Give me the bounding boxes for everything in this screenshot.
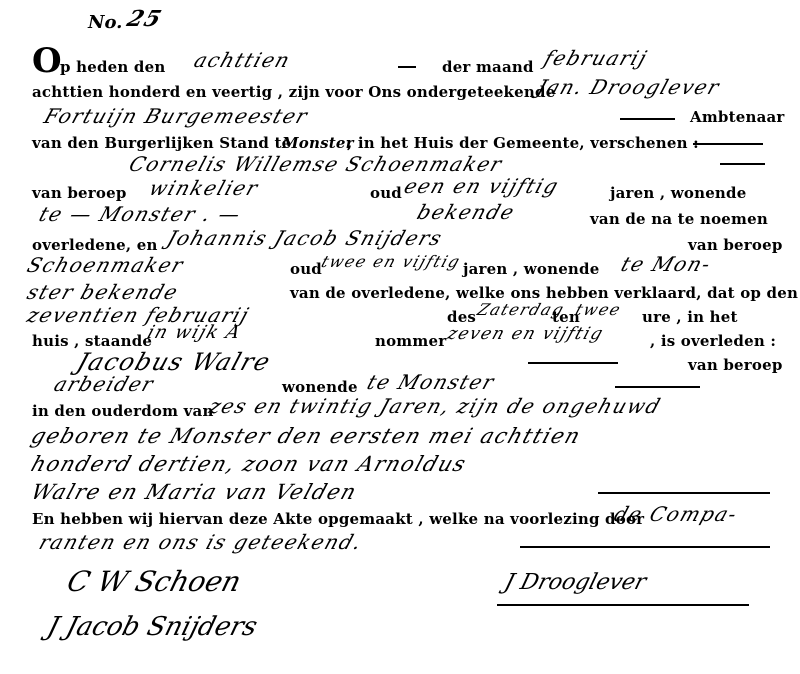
printed-text: in den ouderdom van	[32, 402, 214, 420]
initial-capital: O	[32, 44, 62, 78]
printed-text: nommer	[375, 332, 446, 350]
printed-text: van beroep	[688, 356, 783, 374]
printed-text: En hebben wij hiervan deze Akte opgemaak…	[32, 510, 644, 528]
handwritten-entry: winkelier	[146, 176, 262, 200]
certificate-page: No. 25 O p heden den achttien der maand …	[0, 0, 800, 674]
handwritten-entry: honderd dertien, zoon van Arnoldus	[28, 452, 470, 476]
printed-text: , is overleden :	[650, 332, 776, 350]
handwritten-entry: de Compa-	[611, 502, 741, 526]
printed-text: van beroep	[32, 184, 127, 202]
printed-text: jaren , wonende	[610, 184, 746, 202]
fill-line	[615, 386, 700, 388]
fill-line	[398, 66, 416, 68]
fill-line	[693, 143, 763, 145]
printed-text: der maand	[442, 58, 534, 76]
handwritten-entry: een en vijftig	[401, 174, 562, 198]
handwritten-entry: Walre en Maria van Velden	[28, 480, 360, 504]
certificate-number: 25	[124, 6, 166, 32]
handwritten-entry: bekende	[414, 200, 518, 224]
printed-text: ure , in het	[642, 308, 738, 326]
handwritten-entry: te Monster	[364, 370, 498, 394]
handwritten-entry: in wijk A	[145, 322, 245, 343]
handwritten-entry: Cornelis Willemse Schoenmaker	[126, 152, 506, 176]
handwritten-entry: ranten en ons is geteekend.	[36, 530, 366, 554]
handwritten-entry: te Mon-	[618, 252, 715, 276]
handwritten-entry: te — Monster . —	[36, 202, 245, 226]
handwritten-entry: achttien	[191, 48, 294, 72]
handwritten-entry: februarij	[541, 46, 651, 70]
printed-text: van den Burgerlijken Stand te	[32, 134, 291, 152]
fill-line	[620, 118, 675, 120]
printed-text: Ambtenaar	[690, 108, 785, 126]
handwritten-entry: zeven en vijftig	[445, 324, 607, 344]
handwritten-entry: twee en vijftig	[319, 252, 464, 271]
printed-text: oud	[290, 260, 322, 278]
fill-line	[720, 163, 765, 165]
handwritten-entry: arbeider	[51, 372, 158, 396]
printed-text: oud	[370, 184, 402, 202]
fill-line	[520, 546, 770, 548]
fill-line	[528, 362, 618, 364]
signature-declarant-1: C W Schoen	[64, 565, 245, 598]
handwritten-entry: Fortuijn Burgemeester	[41, 104, 312, 128]
handwritten-entry: zes en twintig Jaren, zijn de ongehuwd	[206, 394, 664, 418]
signature-underline	[497, 604, 749, 606]
signature-official: J Drooglever	[502, 570, 649, 595]
printed-text: , in het Huis der Gemeente, verschenen :	[347, 134, 699, 152]
printed-text: overledene, en	[32, 236, 158, 254]
printed-text: van de na te noemen	[590, 210, 768, 228]
handwritten-entry: Jan. Drooglever	[534, 75, 723, 99]
handwritten-entry: Schoenmaker	[24, 253, 187, 277]
number-label: No.	[88, 12, 122, 33]
printed-text: achttien honderd en veertig , zijn voor …	[32, 83, 555, 101]
handwritten-entry: geboren te Monster den eersten mei achtt…	[28, 424, 584, 448]
printed-text: jaren , wonende	[463, 260, 599, 278]
handwritten-entry: twee	[573, 300, 624, 319]
printed-place: Monster	[282, 134, 354, 152]
fill-line	[598, 492, 770, 494]
printed-text: p heden den	[60, 58, 165, 76]
signature-declarant-2: J Jacob Snijders	[44, 612, 261, 642]
handwritten-entry: ster bekende	[24, 280, 182, 304]
handwritten-entry: Johannis Jacob Snijders	[164, 226, 446, 250]
